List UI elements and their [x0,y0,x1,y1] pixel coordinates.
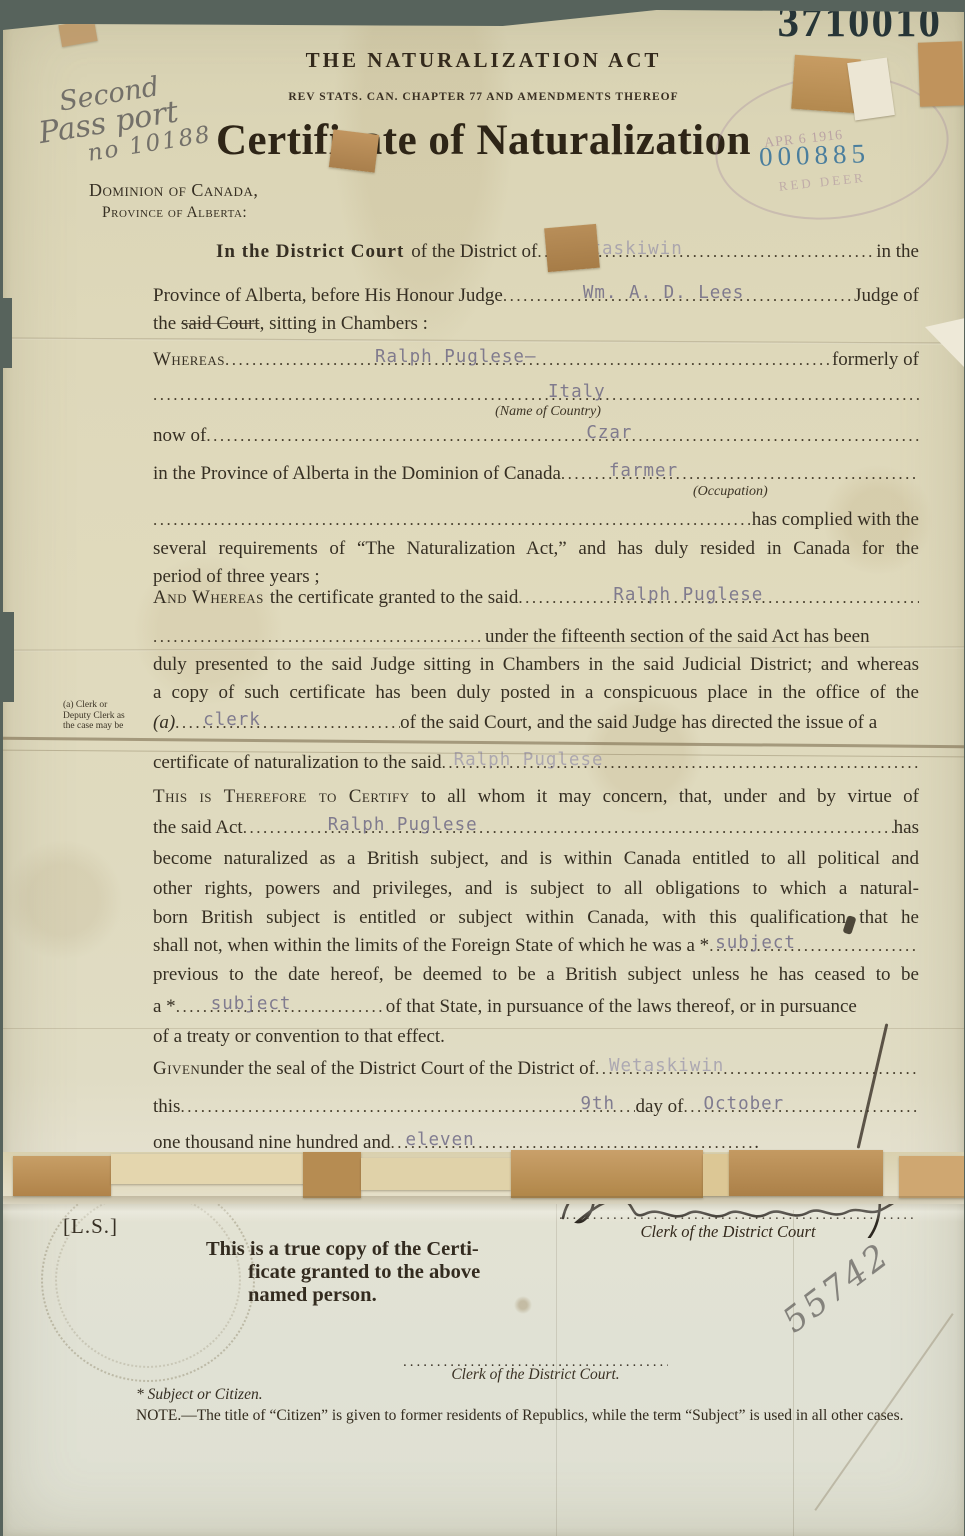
certificate-paper: THE NATURALIZATION ACT REV STATS. CAN. C… [3,0,964,1536]
treaty-line: of a treaty or convention to that effect… [153,1025,919,1048]
judge-line: Province of Alberta, before His Honour J… [153,284,919,307]
tape-patch [58,19,97,47]
residence-field: Czar [206,424,919,447]
country-line: Italy [153,383,919,406]
name-field: Ralph Puglese— [225,348,832,371]
name-field-4: Ralph Puglese [243,816,894,839]
subject-typed-value-2: subject [211,995,292,1016]
complied-line3: period of three years ; [153,565,919,588]
clerk-margin-note: (a) Clerk or Deputy Clerk as the case ma… [63,700,125,732]
tape-patch [13,1156,111,1196]
district-typed-value-2: Wetaskiwin [609,1057,724,1078]
certificate-scan: THE NATURALIZATION ACT REV STATS. CAN. C… [0,0,965,1536]
residence-line: now of Czar [153,424,919,447]
country-field: Italy [153,383,919,406]
tape-patch [361,1158,511,1190]
crease-line [3,337,964,344]
month-field: October [683,1095,919,1118]
chambers-line: the said Court, sitting in Chambers : [153,312,919,335]
whereas-line: Whereas Ralph Puglese— formerly of [153,348,919,371]
tape-patch [729,1150,883,1196]
pencil-number: 55742 [775,1235,897,1341]
a-subject-line: a * subject of that State, in pursuance … [153,995,919,1018]
signature-caption: Clerk of the District Court [598,1222,858,1242]
received-stamp-office: RED DEER [778,170,866,195]
certify-line2: become naturalized as a British subject,… [153,847,919,870]
torn-paper-bit [847,57,895,120]
and-whereas-line: And Whereas the certificate granted to t… [153,586,919,609]
fifteenth-line3: a copy of such certificate has been duly… [153,681,919,704]
certify-line4: born British subject is entitled or subj… [153,906,919,929]
complied-line: has complied with the [153,508,919,531]
tape-patch [544,224,600,272]
tape-patch [511,1150,703,1198]
year-typed-value: eleven [405,1131,474,1152]
clerk-field: clerk [175,711,400,734]
fifteenth-line2: duly presented to the said Judge sitting… [153,653,919,676]
day-field: 9th [180,1095,635,1118]
subject-field-2: subject [176,995,386,1018]
tape-patch [899,1156,965,1198]
district-court-blackletter: In the District Court [216,240,404,263]
residence-typed-value: Czar [586,424,632,445]
torn-edge [3,612,14,702]
province-line: Province of Alberta: [102,204,247,222]
certify-line3: other rights, powers and privileges, and… [153,877,919,900]
serial-number: 3710010 [778,0,943,47]
country-caption: (Name of Country) [438,404,658,420]
given-line: Given under the seal of the District Cou… [153,1057,919,1080]
name-typed-value-4: Ralph Puglese [328,816,478,837]
certify-line: This is Therefore to Certify to all whom… [153,785,919,808]
ls-mark: [L.S.] [63,1214,118,1239]
month-typed-value: October [703,1095,784,1116]
occupation-typed-value: farmer [609,462,678,483]
name-field-2: Ralph Puglese [518,586,919,609]
subject-typed-value: subject [715,934,796,955]
name-typed-value-2: Ralph Puglese [613,586,763,607]
footnote-note: NOTE.—The title of “Citizen” is given to… [136,1407,941,1425]
shall-not-line: shall not, when within the limits of the… [153,934,919,957]
tape-patch [918,41,964,106]
tape-patch [329,129,379,172]
judge-field: Wm. A. D. Lees [503,284,854,307]
day-typed-value: 9th [580,1095,615,1116]
dominion-line: Dominion of Canada, [89,180,258,201]
name-typed-value-3: Ralph Puglese [454,751,604,772]
crease-line [793,1210,794,1536]
clerk-caption: Clerk of the District Court. [388,1366,683,1384]
torn-edge [3,298,12,368]
file-number-stamp: 000885 [758,138,870,173]
judge-typed-value: Wm. A. D. Lees [583,284,745,305]
true-copy-note: This is a true copy of the Certi- ficate… [206,1238,480,1307]
clerk-line: (a) clerk of the said Court, and the sai… [153,711,919,734]
footnote-subject-or-citizen: * Subject or Citizen. [136,1386,263,1404]
torn-paper-bit [925,318,965,368]
district-field-2: Wetaskiwin [595,1057,919,1080]
tear-line [3,737,964,748]
name-typed-value: Ralph Puglese— [375,348,537,369]
occupation-line: in the Province of Alberta in the Domini… [153,462,919,485]
tape-patch [111,1154,307,1184]
struck-text: said Court [181,313,260,334]
tape-patch [303,1152,361,1198]
country-typed-value: Italy [548,383,606,404]
occupation-caption: (Occupation) [693,484,768,500]
fifteenth-line: under the fifteenth section of the said … [153,625,919,648]
complied-line2: several requirements of “The Naturalizat… [153,537,919,560]
tape-patch [703,1154,729,1196]
cert-to-line: certificate of naturalization to the sai… [153,751,919,774]
date-line: this 9th day of October [153,1095,919,1118]
occupation-field: farmer [561,462,919,485]
name-field-3: Ralph Puglese [442,751,919,774]
clerk-typed-value: clerk [203,711,261,732]
previous-line: previous to the date hereof, be deemed t… [153,963,919,986]
said-act-line: the said Act Ralph Puglese has [153,816,919,839]
subject-field: subject [709,934,919,957]
